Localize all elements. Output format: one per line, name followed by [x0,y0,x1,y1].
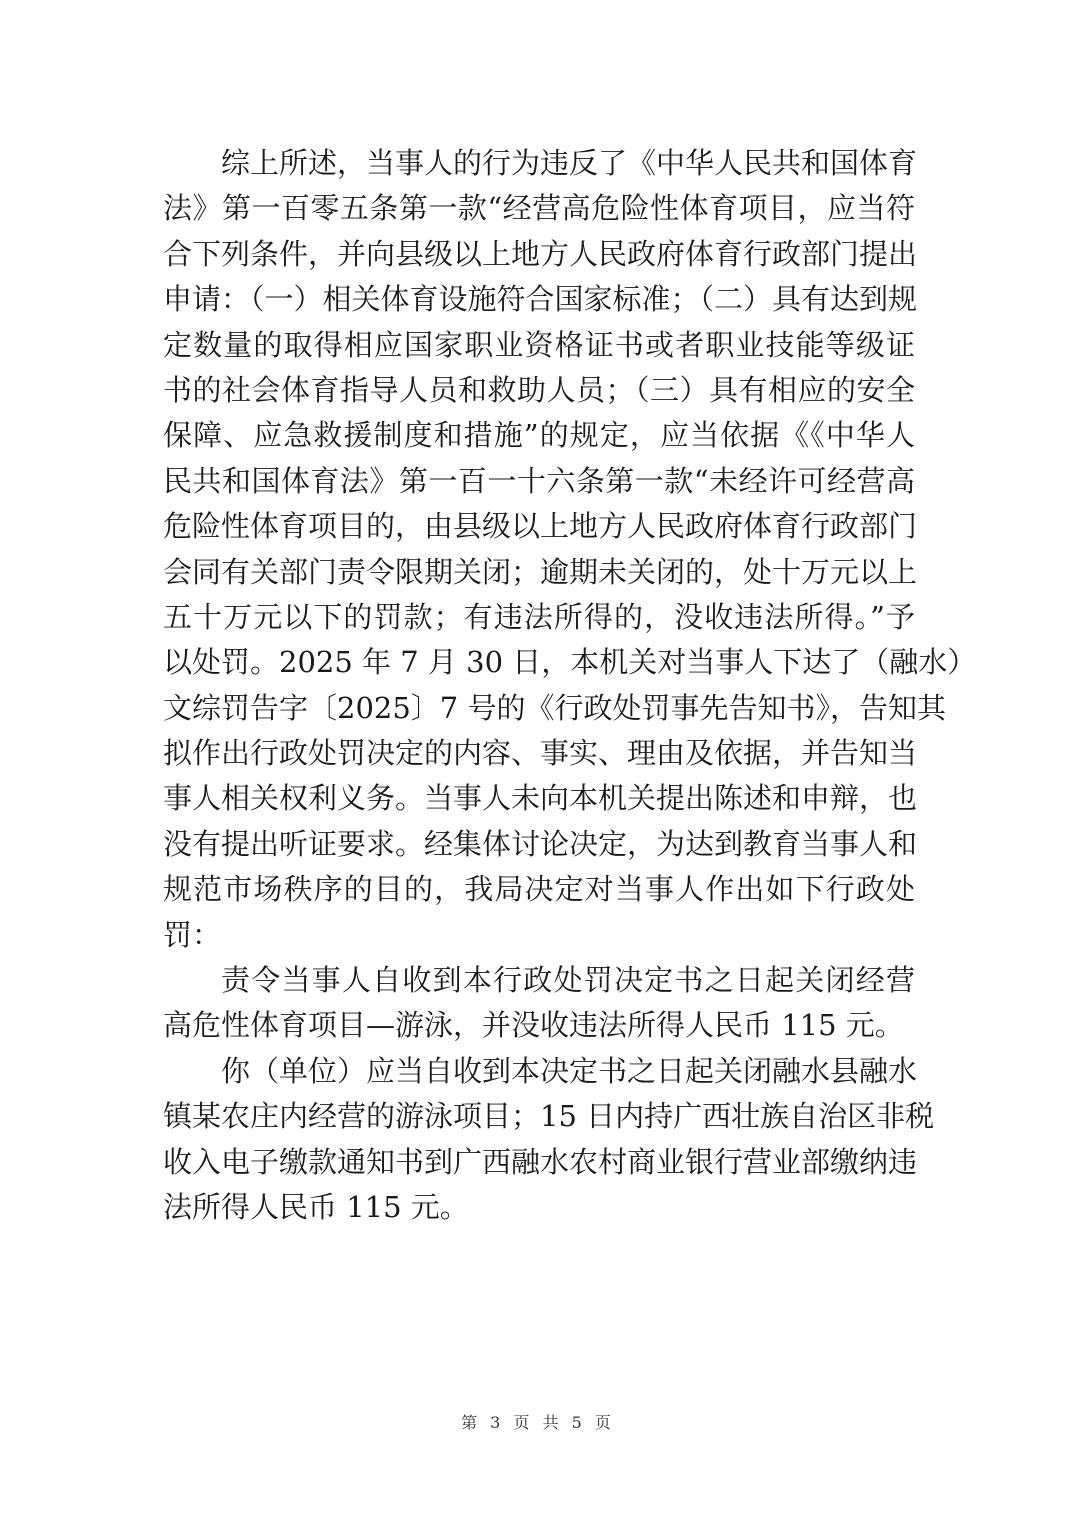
text-line: 综上所述，当事人的行为违反了《中华人民共和国体育 [163,141,915,186]
text-line: 民共和国体育法》第一百一十六条第一款“未经许可经营高 [163,459,915,504]
text-line: 五十万元以下的罚款；有违法所得的，没收违法所得。”予 [163,595,915,640]
paragraph-payment-instructions: 你（单位）应当自收到本决定书之日起关闭融水县融水 镇某农庄内经营的游泳项目；15… [163,1049,915,1231]
text-line: 没有提出听证要求。经集体讨论决定，为达到教育当事人和 [163,822,915,867]
text-line: 法所得人民币 115 元。 [163,1185,915,1230]
text-line: 罚： [163,913,915,958]
text-line: 责令当事人自收到本行政处罚决定书之日起关闭经营 [163,958,915,1003]
text-line: 定数量的取得相应国家职业资格证书或者职业技能等级证 [163,323,915,368]
text-line: 申请：（一）相关体育设施符合国家标准；（二）具有达到规 [163,277,915,322]
text-line: 你（单位）应当自收到本决定书之日起关闭融水县融水 [163,1049,915,1094]
text-line: 法》第一百零五条第一款“经营高危险性体育项目，应当符 [163,186,915,231]
text-line: 拟作出行政处罚决定的内容、事实、理由及依据，并告知当 [163,731,915,776]
text-line: 以处罚。2025 年 7 月 30 日，本机关对当事人下达了（融水） [163,640,915,685]
text-line: 事人相关权利义务。当事人未向本机关提出陈述和申辩，也 [163,776,915,821]
text-line: 书的社会体育指导人员和救助人员；（三）具有相应的安全 [163,368,915,413]
text-line: 收入电子缴款通知书到广西融水农村商业银行营业部缴纳违 [163,1140,915,1185]
paragraph-penalty-decision: 责令当事人自收到本行政处罚决定书之日起关闭经营 高危性体育项目—游泳，并没收违法… [163,958,915,1049]
text-line: 镇某农庄内经营的游泳项目；15 日内持广西壮族自治区非税 [163,1094,915,1139]
text-line: 规范市场秩序的目的，我局决定对当事人作出如下行政处 [163,867,915,912]
page-number-footer: 第 3 页 共 5 页 [0,1410,1074,1433]
text-line: 危险性体育项目的，由县级以上地方人民政府体育行政部门 [163,504,915,549]
text-line: 保障、应急救援制度和措施”的规定，应当依据《《中华人 [163,413,915,458]
document-body: 综上所述，当事人的行为违反了《中华人民共和国体育 法》第一百零五条第一款“经营高… [163,141,915,1230]
text-line: 文综罚告字〔2025〕7 号的《行政处罚事先告知书》，告知其 [163,686,915,731]
paragraph-conclusion: 综上所述，当事人的行为违反了《中华人民共和国体育 法》第一百零五条第一款“经营高… [163,141,915,958]
text-line: 合下列条件，并向县级以上地方人民政府体育行政部门提出 [163,232,915,277]
text-line: 高危性体育项目—游泳，并没收违法所得人民币 115 元。 [163,1003,915,1048]
text-line: 会同有关部门责令限期关闭；逾期未关闭的，处十万元以上 [163,550,915,595]
document-page: 综上所述，当事人的行为违反了《中华人民共和国体育 法》第一百零五条第一款“经营高… [0,0,1074,1520]
